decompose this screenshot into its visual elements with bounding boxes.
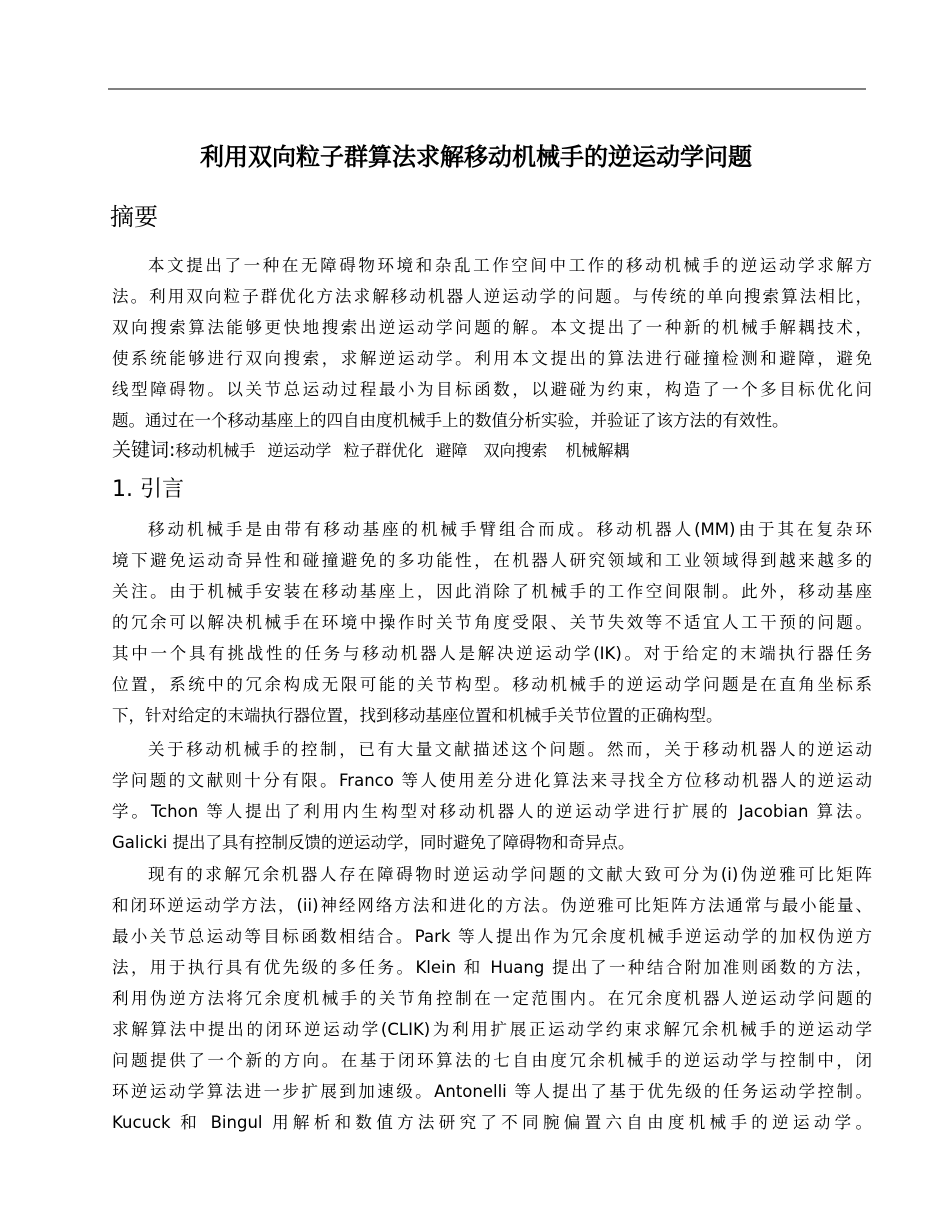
text-line: 环逆运动学算法进一步扩展到加速级。Antonelli 等人提出了基于优先级的任务…	[112, 1076, 872, 1107]
keyword: 机械解耦	[565, 441, 629, 460]
keyword: 移动机械手	[175, 441, 255, 460]
keyword: 粒子群优化	[343, 441, 423, 460]
text-line: 法，用于执行具有优先级的多任务。Klein 和 Huang 提出了一种结合附加准…	[112, 952, 872, 983]
abstract-line: 双向搜索算法能够更快地搜索出逆运动学问题的解。本文提出了一种新的机械手解耦技术，	[112, 312, 872, 343]
keyword: 逆运动学	[267, 441, 331, 460]
section-heading-introduction: 1. 引言	[112, 474, 184, 506]
text-line: Kucuck 和 Bingul 用解析和数值方法研究了不同腕偏置六自由度机械手的…	[112, 1107, 872, 1138]
abstract-heading: 摘要	[110, 200, 158, 234]
keyword: 避障	[435, 441, 467, 460]
text-line: 境下避免运动奇异性和碰撞避免的多功能性，在机器人研究领域和工业领域得到越来越多的	[112, 545, 872, 576]
text-line: 最小关节总运动等目标函数相结合。Park 等人提出作为冗余度机械手逆运动学的加权…	[112, 921, 872, 952]
text-line: 移动机械手是由带有移动基座的机械手臂组合而成。移动机器人(MM)由于其在复杂环	[112, 514, 872, 545]
text-line: 学。Tchon 等人提出了利用内生构型对移动机器人的逆运动学进行扩展的 Jaco…	[112, 796, 872, 827]
text-line: 利用伪逆方法将冗余度机械手的关节角控制在一定范围内。在冗余度机器人逆运动学问题的	[112, 983, 872, 1014]
text-line: 问题提供了一个新的方向。在基于闭环算法的七自由度冗余机械手的逆运动学与控制中，闭	[112, 1045, 872, 1076]
intro-paragraph-2: 关于移动机械手的控制，已有大量文献描述这个问题。然而，关于移动机器人的逆运动 学…	[112, 734, 872, 858]
text-line: 关注。由于机械手安装在移动基座上，因此消除了机械手的工作空间限制。此外，移动基座	[112, 576, 872, 607]
text-line: 其中一个具有挑战性的任务与移动机器人是解决逆运动学(IK)。对于给定的末端执行器…	[112, 638, 872, 669]
text-line: 和闭环逆运动学方法，(ii)神经网络方法和进化的方法。伪逆雅可比矩阵方法通常与最…	[112, 890, 872, 921]
keyword: 双向搜索	[483, 441, 547, 460]
abstract-line: 法。利用双向粒子群优化方法求解移动机器人逆运动学的问题。与传统的单向搜索算法相比…	[112, 281, 872, 312]
text-line: 学问题的文献则十分有限。Franco 等人使用差分进化算法来寻找全方位移动机器人…	[112, 765, 872, 796]
text-line: Galicki 提出了具有控制反馈的逆运动学，同时避免了障碍物和奇异点。	[112, 827, 872, 858]
text-line: 关于移动机械手的控制，已有大量文献描述这个问题。然而，关于移动机器人的逆运动	[112, 734, 872, 765]
paper-title: 利用双向粒子群算法求解移动机械手的逆运动学问题	[0, 140, 952, 174]
intro-paragraph-1: 移动机械手是由带有移动基座的机械手臂组合而成。移动机器人(MM)由于其在复杂环 …	[112, 514, 872, 731]
header-rule	[108, 88, 866, 90]
text-line: 现有的求解冗余机器人存在障碍物时逆运动学问题的文献大致可分为(i)伪逆雅可比矩阵	[112, 859, 872, 890]
abstract-line: 本文提出了一种在无障碍物环境和杂乱工作空间中工作的移动机械手的逆运动学求解方	[112, 250, 872, 281]
text-line: 的冗余可以解决机械手在环境中操作时关节角度受限、关节失效等不适宜人工干预的问题。	[112, 607, 872, 638]
text-line: 位置，系统中的冗余构成无限可能的关节构型。移动机械手的逆运动学问题是在直角坐标系	[112, 669, 872, 700]
keywords: 关键词:移动机械手逆运动学粒子群优化避障双向搜索机械解耦	[112, 436, 642, 465]
abstract-line: 线型障碍物。以关节总运动过程最小为目标函数，以避碰为约束，构造了一个多目标优化问	[112, 374, 872, 405]
text-line: 下，针对给定的末端执行器位置，找到移动基座位置和机械手关节位置的正确构型。	[112, 700, 872, 731]
abstract-line: 题。通过在一个移动基座上的四自由度机械手上的数值分析实验，并验证了该方法的有效性…	[112, 405, 872, 436]
text-line: 求解算法中提出的闭环逆运动学(CLIK)为利用扩展正运动学约束求解冗余机械手的逆…	[112, 1014, 872, 1045]
abstract-line: 使系统能够进行双向搜索，求解逆运动学。利用本文提出的算法进行碰撞检测和避障，避免	[112, 343, 872, 374]
abstract-body: 本文提出了一种在无障碍物环境和杂乱工作空间中工作的移动机械手的逆运动学求解方 法…	[112, 250, 872, 436]
intro-paragraph-3: 现有的求解冗余机器人存在障碍物时逆运动学问题的文献大致可分为(i)伪逆雅可比矩阵…	[112, 859, 872, 1138]
keywords-label: 关键词:	[112, 439, 175, 461]
